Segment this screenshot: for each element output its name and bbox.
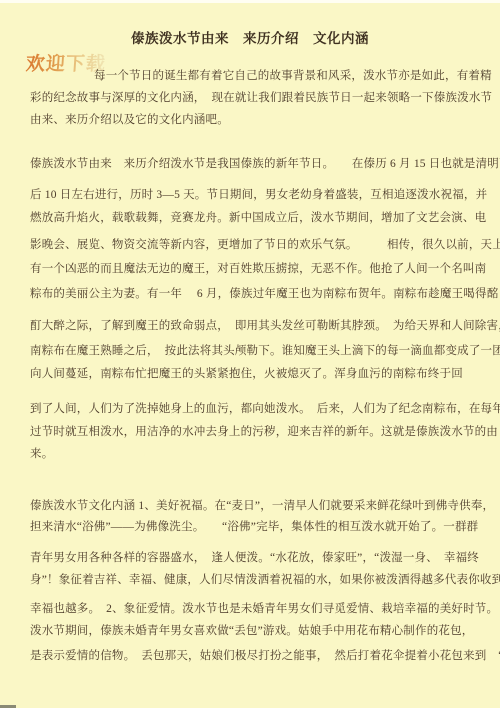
text-line: 担来清水“浴佛”——为佛像洗尘。 “浴佛”完毕，集体性的相互泼水就开始了。一群群	[30, 518, 478, 534]
text-line: 粽布的美丽公主为妻。有一年 6 月，傣族过年魔王也为南粽布贺年。南粽布趁魔王喝得…	[30, 285, 498, 301]
text-line: 傣族泼水节由来 来历介绍泼水节是我国傣族的新年节日。 在傣历 6 月 15 日也…	[30, 155, 500, 171]
document-page: 傣族泼水节由来 来历介绍 文化内涵 欢迎下载 每一个节日的诞生都有着它自己的故事…	[0, 0, 500, 708]
text-line: 后 10 日左右进行，历时 3—5 天。节日期间，男女老幼身着盛装，互相追逐泼水…	[30, 186, 487, 202]
text-line: 燃放高升焰火，载歌载舞，竞赛龙舟。新中国成立后，泼水节期间，增加了文艺会演、电	[30, 209, 486, 225]
text-line: 来。	[30, 445, 53, 461]
page-top-edge	[0, 0, 500, 3]
text-line: 泼水节期间，傣族未婚青年男女喜欢做“丢包”游戏。姑娘手中用花布精心制作的花包，	[30, 622, 474, 638]
text-line: 有一个凶恶的而且魔法无边的魔王，对百姓欺压掳掠，无恶不作。他抢了人间一个名叫南	[30, 260, 486, 276]
text-line: 身”！象征着吉祥、幸福、健康，人们尽情泼洒着祝福的水，如果你被泼洒得越多代表你收…	[30, 571, 500, 587]
text-line: 向人间蔓延，南粽布忙把魔王的头紧紧抱住，火被熄灭了。浑身血污的南粽布终于回	[30, 365, 463, 381]
document-title: 傣族泼水节由来 来历介绍 文化内涵	[0, 27, 500, 47]
text-line: 由来、来历介绍以及它的文化内涵吧。	[30, 111, 229, 127]
text-line: 酊大醉之际，了解到魔王的致命弱点， 即用其头发丝可勒断其脖颈。 为给天界和人间除…	[30, 317, 500, 333]
text-line: 彩的纪念故事与深厚的文化内涵， 现在就让我们跟着民族节日一起来领略一下傣族泼水节	[30, 89, 492, 105]
text-line: 南粽布在魔王熟睡之后， 按此法将其头颅勒下。谁知魔王头上滴下的每一滴血都变成了一…	[30, 342, 500, 358]
text-line: 每一个节日的诞生都有着它自己的故事背景和风采，泼水节亦是如此，有着精	[94, 67, 492, 83]
text-line: 傣族泼水节文化内涵 1、美好祝福。在“麦日”，一清早人们就要采来鲜花绿叶到佛寺供…	[30, 497, 494, 513]
text-line: 幸福也越多。 2、象征爱情。泼水节也是未婚青年男女们寻觅爱情、栽培幸福的美好时节…	[30, 600, 498, 616]
text-line: 过节时就互相泼水，用洁净的水冲去身上的污秽，迎来吉祥的新年。这就是傣族泼水节的由	[30, 423, 498, 439]
text-line: 青年男女用各种各样的容器盛水， 逢人便泼。“水花放，傣家旺”，“泼湿一身、 幸福…	[30, 549, 479, 565]
text-line: 影晚会、展览、物资交流等新内容，更增加了节日的欢乐气氛。 相传，很久以前，天上	[30, 236, 500, 252]
text-line: 是表示爱情的信物。 丢包那天，姑娘们极尽打扮之能事， 然后打着花伞提着小花包来到…	[30, 647, 500, 663]
text-line: 到了人间，人们为了洗掉她身上的血污，都向她泼水。 后来，人们为了纪念南粽布，在每…	[30, 400, 500, 416]
